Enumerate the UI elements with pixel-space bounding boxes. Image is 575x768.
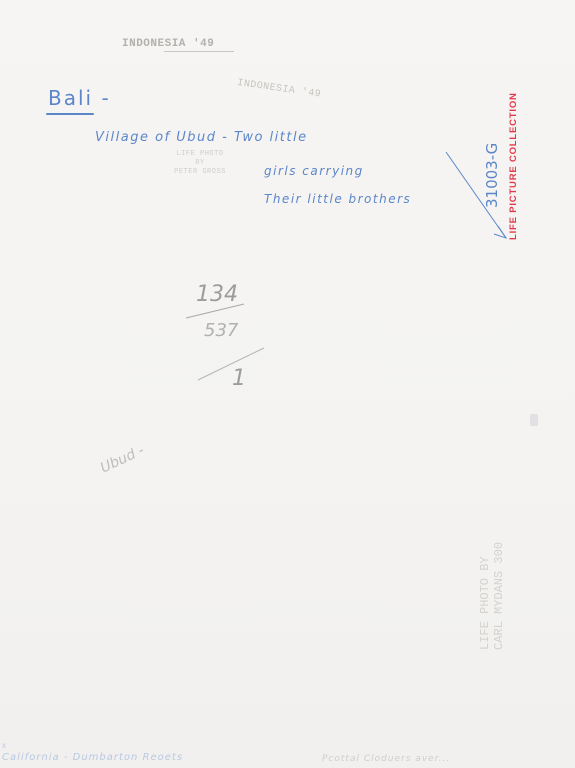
pencil-number-2: 537 bbox=[204, 320, 238, 341]
pencil-number-1: 134 bbox=[196, 282, 238, 307]
pen-strokes bbox=[0, 0, 575, 768]
photo-back-page: INDONESIA '49 INDONESIA '49 LIFE PHOTO B… bbox=[0, 0, 575, 768]
catalog-arrow-head bbox=[494, 226, 506, 238]
credit-line-2: CARL MYDANS 300 bbox=[492, 542, 506, 650]
ink-smudge bbox=[530, 414, 538, 426]
credit-line-1: LIFE PHOTO BY bbox=[478, 542, 492, 650]
pencil-divider-2 bbox=[198, 348, 264, 380]
bottom-mark: x bbox=[2, 741, 6, 750]
catalog-arrow-line bbox=[446, 152, 506, 238]
bottom-note-right: Pcottal Cloduers aver... bbox=[322, 754, 450, 764]
photo-credit-stamp: LIFE PHOTO BY CARL MYDANS 300 bbox=[478, 542, 506, 650]
pencil-number-3: 1 bbox=[232, 366, 246, 391]
bottom-note-left: California - Dumbarton Reoets bbox=[2, 752, 183, 763]
